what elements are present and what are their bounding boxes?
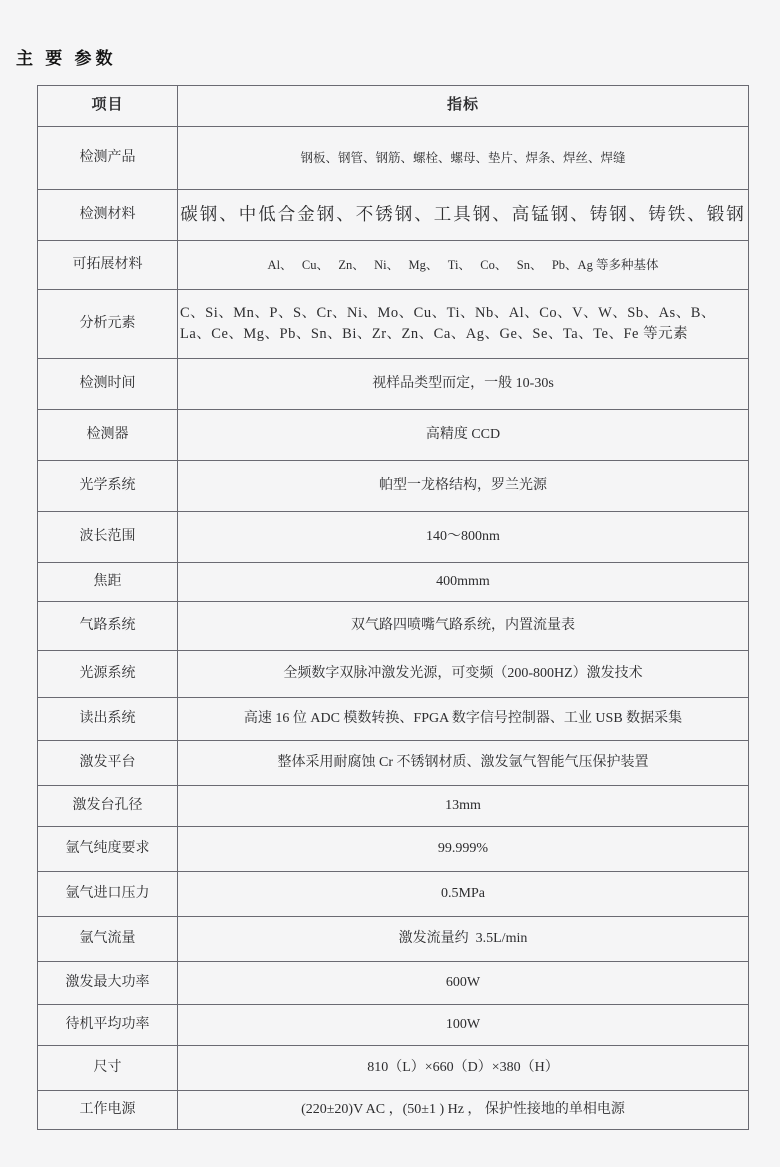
- row-label: 待机平均功率: [38, 1005, 178, 1045]
- table-row: 波长范围 140～800nm: [38, 511, 748, 562]
- table-row: 检测材料 碳钢、中低合金钢、不锈钢、工具钢、高锰钢、铸钢、铸铁、锻钢: [38, 189, 748, 240]
- row-value: 碳钢、中低合金钢、不锈钢、工具钢、高锰钢、铸钢、铸铁、锻钢: [178, 190, 748, 240]
- row-label: 激发台孔径: [38, 786, 178, 826]
- row-label: 氩气流量: [38, 917, 178, 961]
- table-row: 待机平均功率 100W: [38, 1004, 748, 1045]
- table-row: 气路系统 双气路四喷嘴气路系统，内置流量表: [38, 601, 748, 650]
- row-label: 气路系统: [38, 602, 178, 650]
- table-row: 读出系统 高速 16 位 ADC 模数转换、FPGA 数字信号控制器、工业 US…: [38, 697, 748, 740]
- table-row: 检测时间 视样品类型而定，一般 10-30s: [38, 358, 748, 409]
- table-row: 激发平台 整体采用耐腐蚀 Cr 不锈钢材质、激发氩气智能气压保护装置: [38, 740, 748, 785]
- table-row: 氩气纯度要求 99.999%: [38, 826, 748, 871]
- table-row: 光源系统 全频数字双脉冲激发光源，可变频（200-800HZ）激发技术: [38, 650, 748, 697]
- row-label: 氩气进口压力: [38, 872, 178, 916]
- row-label: 光学系统: [38, 461, 178, 511]
- row-value: Al、 Cu、 Zn、 Ni、 Mg、 Ti、 Co、 Sn、 Pb、Ag 等多…: [178, 241, 748, 289]
- parameters-table: 项目 指标 检测产品 钢板、钢管、钢筋、螺栓、螺母、垫片、焊条、焊丝、焊缝 检测…: [37, 85, 749, 1130]
- row-value: 600W: [178, 962, 748, 1004]
- table-row: 尺寸 810（L）×660（D）×380（H）: [38, 1045, 748, 1090]
- table-row: 氩气流量 激发流量约 3.5L/min: [38, 916, 748, 961]
- row-value: 810（L）×660（D）×380（H）: [178, 1046, 748, 1090]
- table-row: 焦距 400mmm: [38, 562, 748, 601]
- row-label: 读出系统: [38, 698, 178, 740]
- row-value: (220±20)V AC ，(50±1 ) Hz ， 保护性接地的单相电源: [178, 1091, 748, 1129]
- table-row: 氩气进口压力 0.5MPa: [38, 871, 748, 916]
- row-label: 光源系统: [38, 651, 178, 697]
- table-row: 工作电源 (220±20)V AC ，(50±1 ) Hz ， 保护性接地的单相…: [38, 1090, 748, 1129]
- row-value: 99.999%: [178, 827, 748, 871]
- row-label: 尺寸: [38, 1046, 178, 1090]
- row-label: 分析元素: [38, 290, 178, 358]
- row-label: 检测材料: [38, 190, 178, 240]
- row-value: 高速 16 位 ADC 模数转换、FPGA 数字信号控制器、工业 USB 数据采…: [178, 698, 748, 740]
- row-label: 波长范围: [38, 512, 178, 562]
- row-value: 整体采用耐腐蚀 Cr 不锈钢材质、激发氩气智能气压保护装置: [178, 741, 748, 785]
- row-value: 全频数字双脉冲激发光源，可变频（200-800HZ）激发技术: [178, 651, 748, 697]
- row-label: 检测器: [38, 410, 178, 460]
- row-label: 焦距: [38, 563, 178, 601]
- table-row: 光学系统 帕型一龙格结构，罗兰光源: [38, 460, 748, 511]
- row-label: 检测时间: [38, 359, 178, 409]
- row-value: C、Si、Mn、P、S、Cr、Ni、Mo、Cu、Ti、Nb、Al、Co、V、W、…: [178, 290, 748, 358]
- row-value: 0.5MPa: [178, 872, 748, 916]
- row-value: 双气路四喷嘴气路系统，内置流量表: [178, 602, 748, 650]
- page: 主 要 参数 项目 指标 检测产品 钢板、钢管、钢筋、螺栓、螺母、垫片、焊条、焊…: [0, 0, 780, 1130]
- row-value: 13mm: [178, 786, 748, 826]
- row-value: 激发流量约 3.5L/min: [178, 917, 748, 961]
- row-label: 氩气纯度要求: [38, 827, 178, 871]
- row-label: 激发最大功率: [38, 962, 178, 1004]
- table-row: 分析元素 C、Si、Mn、P、S、Cr、Ni、Mo、Cu、Ti、Nb、Al、Co…: [38, 289, 748, 358]
- table-header-row: 项目 指标: [38, 86, 748, 126]
- row-label: 可拓展材料: [38, 241, 178, 289]
- row-label: 激发平台: [38, 741, 178, 785]
- row-value: 帕型一龙格结构，罗兰光源: [178, 461, 748, 511]
- column-header-spec: 指标: [178, 86, 748, 126]
- table-row: 激发最大功率 600W: [38, 961, 748, 1004]
- row-value: 400mmm: [178, 563, 748, 601]
- table-row: 检测器 高精度 CCD: [38, 409, 748, 460]
- row-value: 140～800nm: [178, 512, 748, 562]
- table-row: 可拓展材料 Al、 Cu、 Zn、 Ni、 Mg、 Ti、 Co、 Sn、 Pb…: [38, 240, 748, 289]
- row-value: 钢板、钢管、钢筋、螺栓、螺母、垫片、焊条、焊丝、焊缝: [178, 127, 748, 189]
- column-header-item: 项目: [38, 86, 178, 126]
- row-value: 视样品类型而定，一般 10-30s: [178, 359, 748, 409]
- table-row: 检测产品 钢板、钢管、钢筋、螺栓、螺母、垫片、焊条、焊丝、焊缝: [38, 126, 748, 189]
- row-value: 高精度 CCD: [178, 410, 748, 460]
- row-value: 100W: [178, 1005, 748, 1045]
- page-title: 主 要 参数: [16, 44, 780, 69]
- row-label: 检测产品: [38, 127, 178, 189]
- row-label: 工作电源: [38, 1091, 178, 1129]
- table-row: 激发台孔径 13mm: [38, 785, 748, 826]
